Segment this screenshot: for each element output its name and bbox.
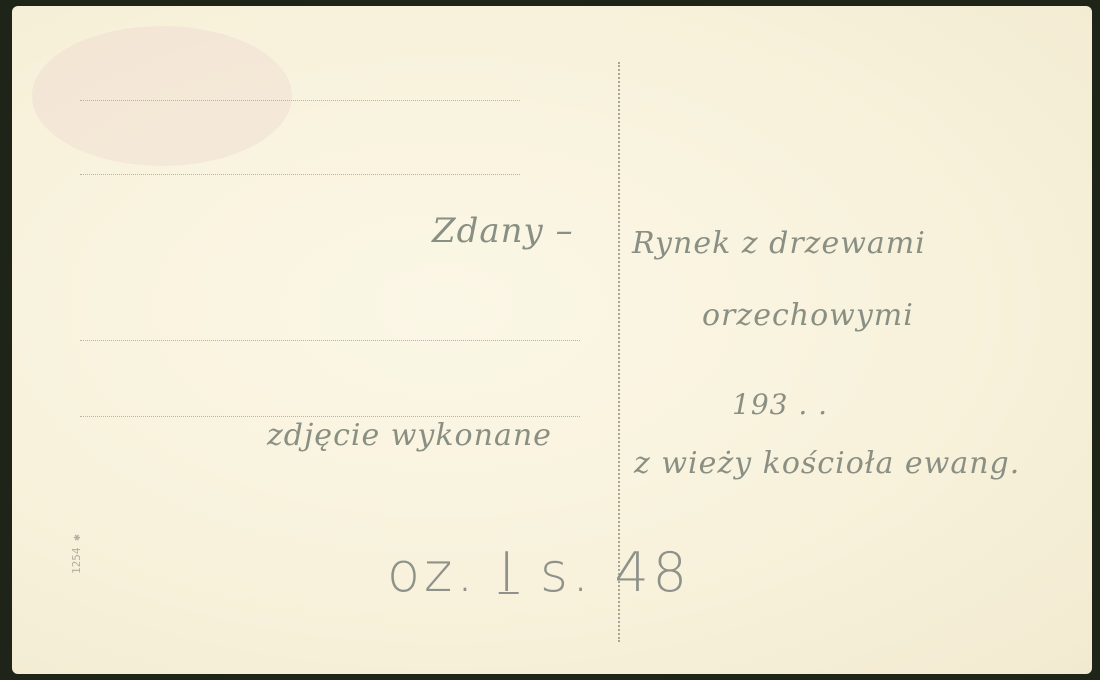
printer-mark: 1254 ✱	[70, 534, 83, 574]
handwritten-note: zdjęcie wykonane	[267, 418, 552, 453]
archive-page: 48	[614, 541, 691, 604]
archive-signature: oz. I s. 48	[387, 541, 691, 604]
address-line	[80, 416, 580, 417]
stain	[32, 26, 292, 166]
deckle-edge-bottom	[12, 667, 1092, 674]
handwritten-caption: Rynek z drzewami	[632, 226, 926, 261]
postcard-back: Zdany – Rynek z drzewami orzechowymi 193…	[12, 6, 1092, 674]
archive-page-label: s.	[540, 541, 593, 604]
handwritten-caption-cont: orzechowymi	[702, 298, 914, 333]
handwritten-year: 193 . .	[732, 388, 828, 421]
address-line	[80, 174, 520, 175]
archive-volume: I	[499, 541, 519, 604]
address-line	[80, 100, 520, 101]
deckle-edge-right	[1085, 6, 1092, 674]
deckle-edge-left	[12, 6, 19, 674]
handwritten-place: Zdany –	[432, 211, 574, 251]
archive-prefix: oz.	[387, 541, 478, 604]
deckle-edge-top	[12, 6, 1092, 13]
address-line	[80, 340, 580, 341]
handwritten-note-cont: z wieży kościoła ewang.	[634, 446, 1020, 481]
